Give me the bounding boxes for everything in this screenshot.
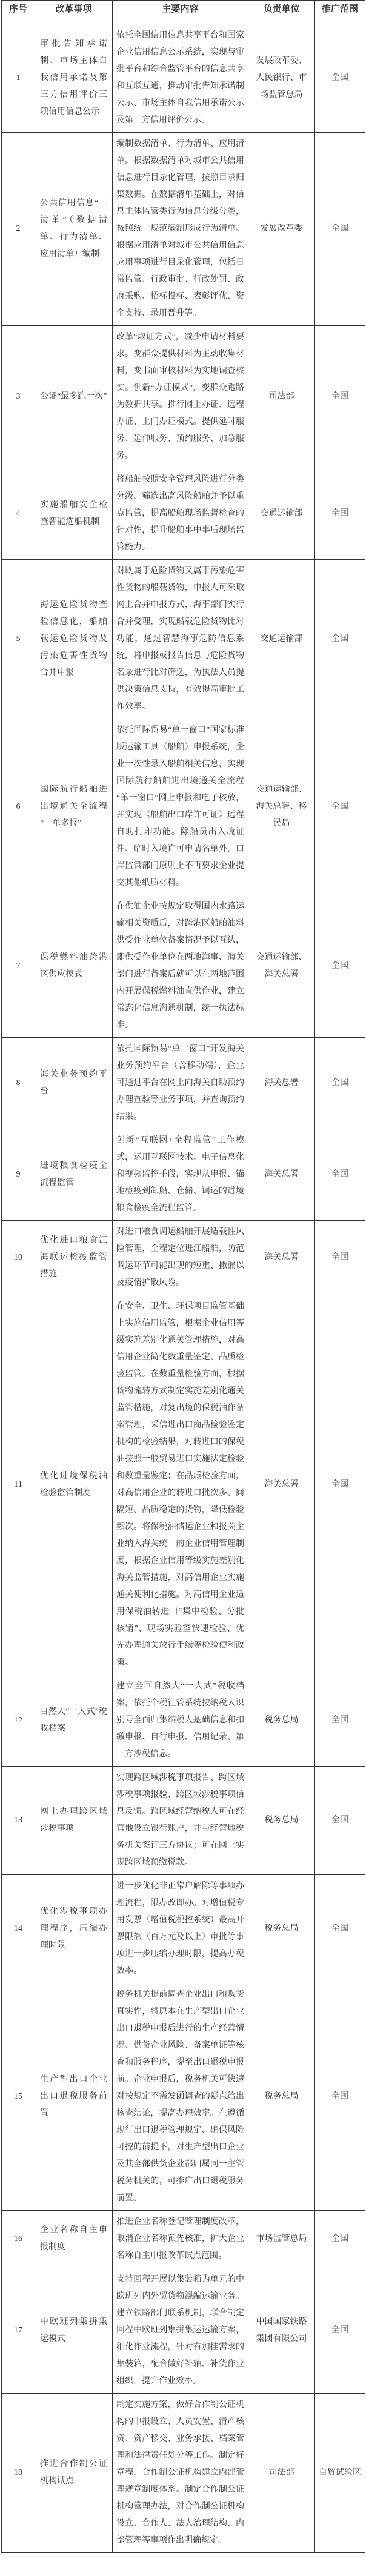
cell-main-content: 对进口粮食调运船舶开展适载性风险管理，全程定位进江船舶，防范调运环节可能出现的短… (113, 1221, 248, 1295)
table-body: 1审批告知承诺制、市场主体自我信用承诺及第三方信用评价三项信用信息公示依托全国信… (2, 24, 365, 2553)
cell-responsible-unit: 税务总局 (248, 1675, 315, 1767)
cell-scope: 全国 (315, 468, 365, 560)
cell-no: 16 (2, 2211, 35, 2268)
table-row: 18推进合作制公证机构试点制定实施方案，做好合作制公证机构的申报设立、人员安置、… (2, 2394, 365, 2553)
cell-reform-item: 保税燃料油跨港区供应模式 (35, 895, 113, 1038)
header-row: 序号 改革事项 主要内容 负责单位 推广范围 (2, 1, 365, 24)
cell-scope: 全国 (315, 560, 365, 719)
cell-main-content: 税务机关提前调查企业出口和购货真实性，将原本在生产型出口企业出口退税申报后进行的… (113, 1983, 248, 2211)
cell-scope: 全国 (315, 1221, 365, 1295)
cell-no: 13 (2, 1767, 35, 1875)
cell-responsible-unit: 税务总局 (248, 1767, 315, 1875)
table-row: 10优化进口粮食江海联运检疫监管措施对进口粮食调运船舶开展适载性风险管理，全程定… (2, 1221, 365, 1295)
cell-main-content: 进一步优化非正常户解除等事项办理流程，限办改即办。对增值税专用发票（增值税税控系… (113, 1875, 248, 1983)
table-row: 8海关业务预约平台依托国际贸易“单一窗口”开发海关业务预约平台（含移动端），企业… (2, 1038, 365, 1129)
cell-reform-item: 国际航行船舶进出境通关全流程“一单多报” (35, 719, 113, 895)
cell-scope: 全国 (315, 1295, 365, 1675)
cell-reform-item: 审批告知承诺制、市场主体自我信用承诺及第三方信用评价三项信用信息公示 (35, 24, 113, 133)
cell-no: 7 (2, 895, 35, 1038)
table-row: 12自然人“一人式”税收档案建立全国自然人“一人式”税收档案，依托个税征管系统按… (2, 1675, 365, 1767)
table-row: 9进境粮食检疫全流程监管创新“互联网+全程监管”工作模式，运用互联网技术、电子信… (2, 1129, 365, 1221)
cell-scope: 全国 (315, 2211, 365, 2268)
cell-scope: 全国 (315, 1875, 365, 1983)
cell-reform-item: 网上办理跨区域涉税事项 (35, 1767, 113, 1875)
cell-reform-item: 海运危险货物查验信息化，船舶载运危险货物及污染危害性货物合并申报 (35, 560, 113, 719)
cell-no: 18 (2, 2394, 35, 2553)
cell-responsible-unit: 海关总署 (248, 1295, 315, 1675)
cell-main-content: 制定实施方案，做好合作制公证机构的申报设立、人员安置、清产核资、资产移交、业务承… (113, 2394, 248, 2553)
cell-no: 15 (2, 1983, 35, 2211)
cell-scope: 全国 (315, 719, 365, 895)
cell-main-content: 依托国际贸易“单一窗口”国家标准版运输工具（船舶）申报系统，企业一次性录入船舶相… (113, 719, 248, 895)
cell-scope: 全国 (315, 1129, 365, 1221)
cell-main-content: 对既属于危险货物又属于污染危害性货物的船载货物，申报人可采取网上合并申报方式，海… (113, 560, 248, 719)
cell-main-content: 依托全国信用信息共享平台和国家企业信用信息公示系统，实现与审批平台和综合监管平台… (113, 24, 248, 133)
table-row: 3公证“最多跑一次”改革“取证方式”，减少申请材料要求。变群众提供材料为主动收集… (2, 326, 365, 468)
cell-main-content: 在安全、卫生、环保项目监管基础上实施信用监管，根据企业信用等级实施差别化通关管理… (113, 1295, 248, 1675)
cell-no: 2 (2, 133, 35, 326)
cell-responsible-unit: 发展改革委 (248, 133, 315, 326)
cell-main-content: 建立全国自然人“一人式”税收档案，依托个税征管系统按纳税人识别号全面归集纳税人基… (113, 1675, 248, 1767)
cell-responsible-unit: 海关总署 (248, 1221, 315, 1295)
cell-no: 6 (2, 719, 35, 895)
cell-reform-item: 中欧班列集拼集运模式 (35, 2268, 113, 2394)
header-scope: 推广范围 (315, 1, 365, 24)
cell-responsible-unit: 海关总署 (248, 1038, 315, 1129)
cell-scope: 全国 (315, 2268, 365, 2394)
cell-reform-item: 生产型出口企业出口退税服务前置 (35, 1983, 113, 2211)
cell-scope: 自贸试验区 (315, 2394, 365, 2553)
cell-responsible-unit: 交通运输部、海关总署、移民局 (248, 719, 315, 895)
cell-responsible-unit: 司法部 (248, 326, 315, 468)
cell-no: 11 (2, 1295, 35, 1675)
cell-scope: 全国 (315, 1038, 365, 1129)
cell-reform-item: 优化涉税事项办理程序，压缩办理时限 (35, 1875, 113, 1983)
cell-responsible-unit: 司法部 (248, 2394, 315, 2553)
cell-responsible-unit: 税务总局 (248, 1983, 315, 2211)
cell-scope: 全国 (315, 133, 365, 326)
cell-scope: 全国 (315, 326, 365, 468)
table-row: 2公共信用信息“三清单”（数据清单、行为清单、应用清单）编制编制数据清单、行为清… (2, 133, 365, 326)
table-row: 15生产型出口企业出口退税服务前置税务机关提前调查企业出口和购货真实性，将原本在… (2, 1983, 365, 2211)
table-row: 1审批告知承诺制、市场主体自我信用承诺及第三方信用评价三项信用信息公示依托全国信… (2, 24, 365, 133)
cell-no: 4 (2, 468, 35, 560)
cell-responsible-unit: 市场监管总局 (248, 2211, 315, 2268)
reform-items-table: 序号 改革事项 主要内容 负责单位 推广范围 1审批告知承诺制、市场主体自我信用… (1, 0, 365, 2553)
cell-responsible-unit: 交通运输部、海关总署 (248, 895, 315, 1038)
header-reform-item: 改革事项 (35, 1, 113, 24)
cell-main-content: 创新“互联网+全程监管”工作模式，运用互联网技术、电子信息化和视频监控手段，实现… (113, 1129, 248, 1221)
cell-reform-item: 优化进口粮食江海联运检疫监管措施 (35, 1221, 113, 1295)
header-responsible-unit: 负责单位 (248, 1, 315, 24)
table-row: 14优化涉税事项办理程序，压缩办理时限进一步优化非正常户解除等事项办理流程，限办… (2, 1875, 365, 1983)
cell-reform-item: 企业名称自主申报制度 (35, 2211, 113, 2268)
cell-no: 10 (2, 1221, 35, 1295)
cell-reform-item: 进境粮食检疫全流程监管 (35, 1129, 113, 1221)
cell-responsible-unit: 税务总局 (248, 1875, 315, 1983)
table-header: 序号 改革事项 主要内容 负责单位 推广范围 (2, 1, 365, 24)
cell-scope: 全国 (315, 1767, 365, 1875)
cell-main-content: 依托国际贸易“单一窗口”开发海关业务预约平台（含移动端），企业可通过平台在网上向… (113, 1038, 248, 1129)
header-main-content: 主要内容 (113, 1, 248, 24)
cell-responsible-unit: 交通运输部 (248, 468, 315, 560)
cell-main-content: 在供油企业按规定取得国内水路运输相关资质后，对跨港区船舶油料供受作业单位备案情况… (113, 895, 248, 1038)
table-row: 17中欧班列集拼集运模式支持回程开展以集装箱为单元的中欧班列内外贸货物混编运输业… (2, 2268, 365, 2394)
table-row: 7保税燃料油跨港区供应模式在供油企业按规定取得国内水路运输相关资质后，对跨港区船… (2, 895, 365, 1038)
cell-main-content: 将船舶按照安全管理风险进行分类分级，筛选出高风险船舶并予以重点监管，提高船舶现场… (113, 468, 248, 560)
cell-reform-item: 公证“最多跑一次” (35, 326, 113, 468)
table-row: 16企业名称自主申报制度推进企业名称登记管理制度改革，取消企业名称预先核准，扩大… (2, 2211, 365, 2268)
cell-reform-item: 自然人“一人式”税收档案 (35, 1675, 113, 1767)
cell-no: 17 (2, 2268, 35, 2394)
cell-no: 8 (2, 1038, 35, 1129)
cell-scope: 全国 (315, 24, 365, 133)
cell-scope: 全国 (315, 1983, 365, 2211)
cell-scope: 全国 (315, 1675, 365, 1767)
cell-main-content: 改革“取证方式”，减少申请材料要求。变群众提供材料为主动收集材料，变书面审核材料… (113, 326, 248, 468)
cell-main-content: 支持回程开展以集装箱为单元的中欧班列内外贸货物混编运输业务。建立铁路部门联系机制… (113, 2268, 248, 2394)
header-no: 序号 (2, 1, 35, 24)
cell-no: 1 (2, 24, 35, 133)
cell-responsible-unit: 发展改革委、人民银行、市场监管总局 (248, 24, 315, 133)
cell-reform-item: 海关业务预约平台 (35, 1038, 113, 1129)
cell-no: 12 (2, 1675, 35, 1767)
cell-responsible-unit: 海关总署 (248, 1129, 315, 1221)
cell-main-content: 编制数据清单、行为清单、应用清单。根据数据清单对城市公共信用信息进行目录化管理，… (113, 133, 248, 326)
cell-responsible-unit: 交通运输部 (248, 560, 315, 719)
cell-no: 14 (2, 1875, 35, 1983)
table-row: 11优化进境保税油检验监管制度在安全、卫生、环保项目监管基础上实施信用监管，根据… (2, 1295, 365, 1675)
cell-no: 3 (2, 326, 35, 468)
cell-responsible-unit: 中国国家铁路集团有限公司 (248, 2268, 315, 2394)
cell-main-content: 推进企业名称登记管理制度改革，取消企业名称预先核准，扩大企业名称自主申报改革试点… (113, 2211, 248, 2268)
cell-reform-item: 公共信用信息“三清单”（数据清单、行为清单、应用清单）编制 (35, 133, 113, 326)
cell-scope: 全国 (315, 895, 365, 1038)
cell-no: 9 (2, 1129, 35, 1221)
table-row: 5海运危险货物查验信息化，船舶载运危险货物及污染危害性货物合并申报对既属于危险货… (2, 560, 365, 719)
cell-reform-item: 实施船舶安全检查智能选船机制 (35, 468, 113, 560)
table-row: 4实施船舶安全检查智能选船机制将船舶按照安全管理风险进行分类分级，筛选出高风险船… (2, 468, 365, 560)
cell-reform-item: 推进合作制公证机构试点 (35, 2394, 113, 2553)
cell-main-content: 实现跨区域涉税事项报告、跨区域涉税事项报验、跨区域涉税事项信息反馈。跨区域经营纳… (113, 1767, 248, 1875)
table-row: 13网上办理跨区域涉税事项实现跨区域涉税事项报告、跨区域涉税事项报验、跨区域涉税… (2, 1767, 365, 1875)
table-row: 6国际航行船舶进出境通关全流程“一单多报”依托国际贸易“单一窗口”国家标准版运输… (2, 719, 365, 895)
cell-reform-item: 优化进境保税油检验监管制度 (35, 1295, 113, 1675)
cell-no: 5 (2, 560, 35, 719)
